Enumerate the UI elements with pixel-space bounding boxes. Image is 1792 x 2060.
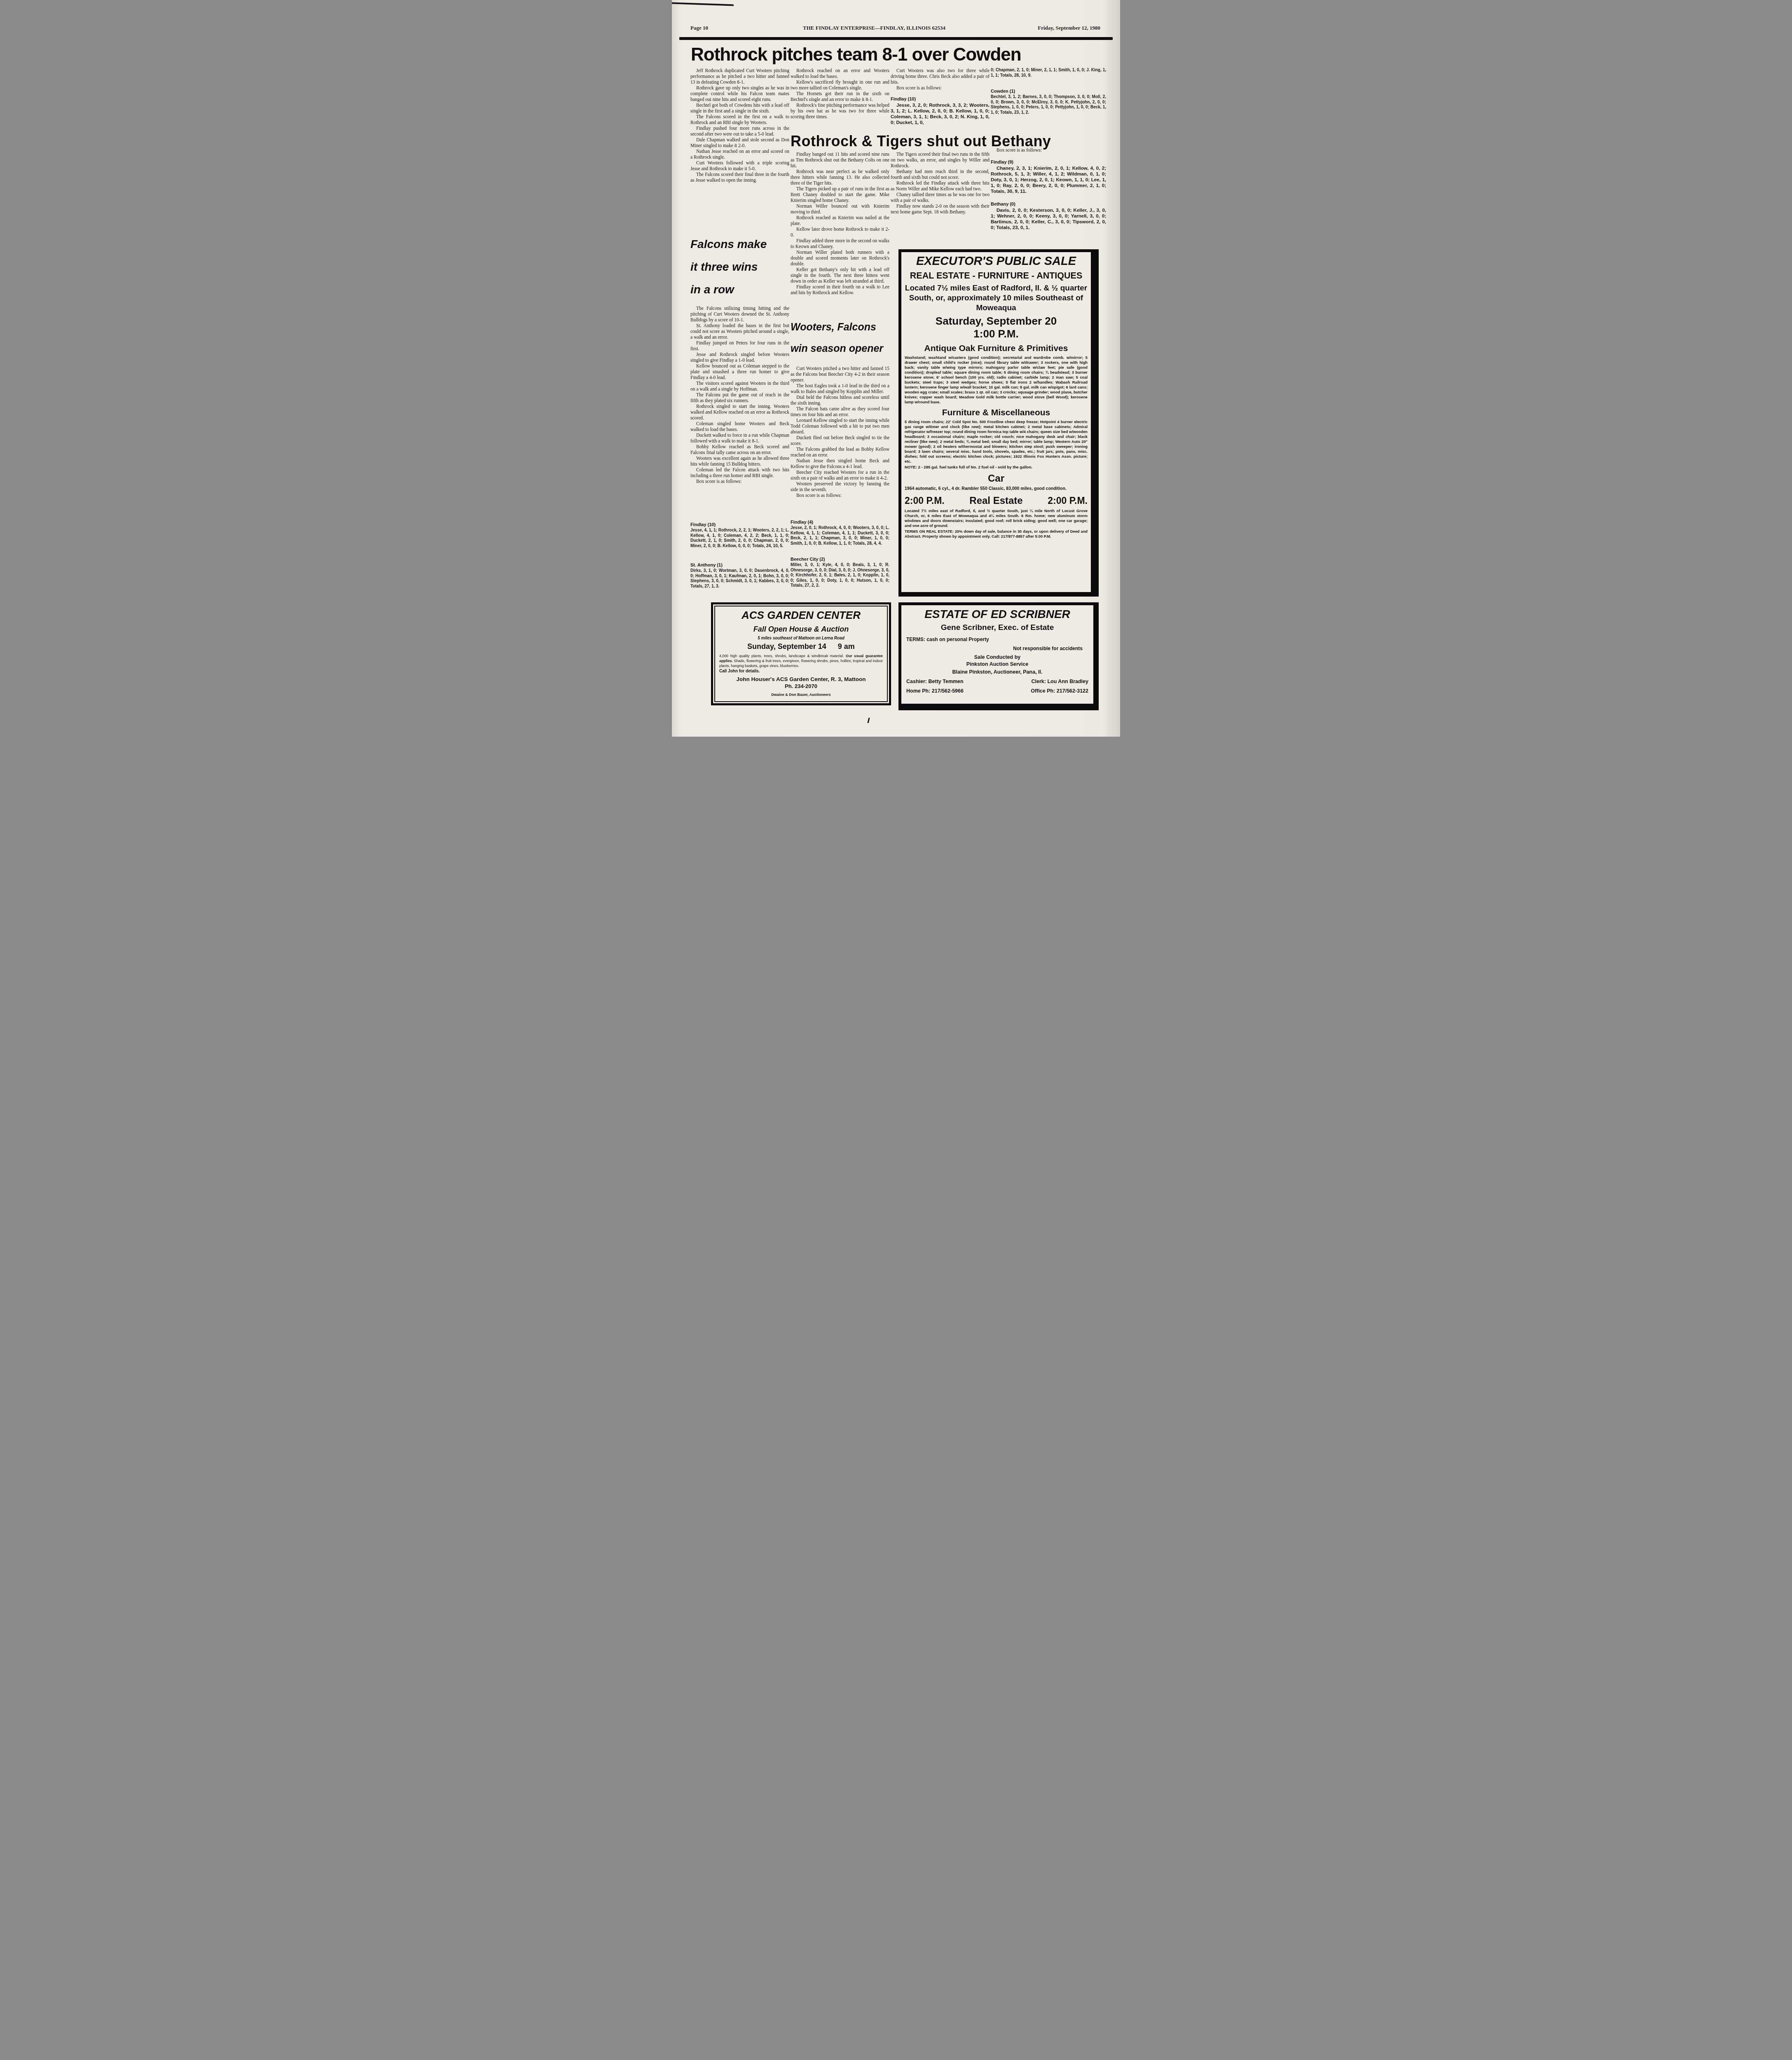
ad-note: NOTE: 2 - 285 gal. fuel tanks full of No… xyxy=(905,465,1088,470)
ad-call-line: Call John for details. xyxy=(719,669,883,674)
ad-section-title: Antique Oak Furniture & Primitives xyxy=(905,344,1088,353)
ad-item-list: Washstand; washtand w/casters (good cond… xyxy=(905,355,1088,405)
paragraph: Bethany had men reach third in the secon… xyxy=(891,169,990,180)
page-number: Page 10 xyxy=(690,25,708,31)
box-score-line: Jesse, 2, 0, 1; Rothrock, 4, 0, 0; Woote… xyxy=(791,526,889,546)
paragraph: Jesse and Rothrock singled before Wooter… xyxy=(690,352,789,363)
paragraph: The Falcons grabbed the lead as Bobby Ke… xyxy=(791,447,889,458)
paragraph: Curt Wooters was also two for three whil… xyxy=(891,68,990,85)
ad-conducted-by: Sale Conducted by xyxy=(906,654,1088,660)
paragraph: Box score is as follows: xyxy=(891,85,990,91)
ad-acs-inner: ACS GARDEN CENTER Fall Open House & Auct… xyxy=(714,606,888,702)
paragraph: Rothrock reached as Knierim was nailed a… xyxy=(791,215,889,227)
ad-executor-name: Gene Scribner, Exec. of Estate xyxy=(906,623,1088,632)
ad-location: 5 miles southeast of Mattoon on Lerna Ro… xyxy=(719,636,883,641)
paragraph: Dale Chapman walked and stole second as … xyxy=(690,137,789,149)
paragraph: Norman Willer bounced out with Knierim m… xyxy=(791,204,889,215)
paragraph: Duckett walked to force in a run while C… xyxy=(690,433,789,444)
paragraph: Wooters was excellent again as he allowe… xyxy=(690,456,789,467)
paragraph: Kellow bounced out as Coleman stepped to… xyxy=(690,363,789,381)
paragraph: Jeff Rothrock duplicated Curt Wooters pi… xyxy=(690,68,789,85)
headline-cowden: Rothrock pitches team 8-1 over Cowden xyxy=(691,44,1021,65)
issue-date: Friday, September 12, 1980 xyxy=(1038,25,1100,31)
ad-date-time: Sunday, September 14 9 am xyxy=(719,642,883,651)
paragraph: Keller got Bethany's only hit with a lea… xyxy=(791,267,889,284)
paragraph: Curt Wooters pitched a two hitter and fa… xyxy=(791,366,889,383)
paragraph: Rothrock was near perfect as he walked o… xyxy=(791,169,889,186)
ad-re-terms: TERMS ON REAL ESTATE: 20% down day of sa… xyxy=(905,529,1088,539)
paragraph: The Tigers picked up a pair of runs in t… xyxy=(791,186,889,204)
ad-title: ACS GARDEN CENTER xyxy=(719,609,883,622)
scan-artifact xyxy=(672,2,734,6)
box-score-team: Findlay (4) xyxy=(791,520,889,525)
ad-description-text: Shade, flowering & fruit trees, evergree… xyxy=(719,659,883,668)
paragraph: The Hornets got their run in the sixth o… xyxy=(791,91,889,103)
cowden-col2: Rothrock reached on an error and Wooters… xyxy=(791,68,889,120)
header-rule xyxy=(679,37,1113,40)
ad-re-description: Located 7½ miles east of Radford, Il, an… xyxy=(905,508,1088,528)
paragraph: The host Eagles took a 1-0 lead in the t… xyxy=(791,383,889,395)
ad-staff-row: Cashier: Betty Temmen Clerk: Lou Ann Bra… xyxy=(906,679,1088,684)
ad-re-time-right: 2:00 P.M. xyxy=(1048,495,1088,506)
paragraph: Kellow later drove home Rothrock to make… xyxy=(791,227,889,238)
paragraph: Bobby Kellow reached as Beck scored and … xyxy=(690,444,789,456)
paragraph: Findlay scored in their fourth on a walk… xyxy=(791,284,889,296)
paragraph: The Tigers scored their final two runs i… xyxy=(891,152,990,169)
falcons-findlay-box: Findlay (10) Jesse, 4, 1, 1; Rothrock, 2… xyxy=(690,522,789,549)
paragraph: Duckett flied out before Beck singled to… xyxy=(791,435,889,447)
paragraph: Dial held the Falcons hitless and scorel… xyxy=(791,395,889,406)
ad-car-description: 1964 automatic, 6 cyl., 4 dr. Rambler 55… xyxy=(905,486,1088,491)
paragraph: Nathan Jesse reached on an error and sco… xyxy=(690,149,789,160)
ad-time: 9 am xyxy=(838,642,855,651)
paragraph: Bechtel got both of Cowdens hits with a … xyxy=(690,103,789,114)
paragraph: Beecher City reached Wooters for a run i… xyxy=(791,470,889,481)
paragraph: The visitors scored against Wooters in t… xyxy=(690,381,789,392)
box-score-team: Findlay (9) xyxy=(991,160,1106,165)
ad-home-phone: Home Ph: 217/562-5966 xyxy=(906,688,964,694)
paragraph: Rothrock gave up only two singles as he … xyxy=(690,85,789,103)
ad-phones-row: Home Ph: 217/562-5966 Office Ph: 217/562… xyxy=(906,688,1088,694)
ad-terms: TERMS: cash on personal Property xyxy=(906,637,1088,642)
ad-date: Sunday, September 14 xyxy=(747,642,826,651)
paragraph: Box score is as follows: xyxy=(690,479,789,485)
ad-location: Located 7½ miles East of Radford, Il. & … xyxy=(905,283,1088,313)
ad-clerk: Clerk: Lou Ann Bradley xyxy=(1032,679,1088,684)
box-score-team: Cowden (1) xyxy=(991,89,1106,94)
ad-car-title: Car xyxy=(905,473,1088,485)
ad-estate-of-ed-scribner: ESTATE OF ED SCRIBNER Gene Scribner, Exe… xyxy=(898,602,1099,710)
paragraph: The Falcons scored their final three in … xyxy=(690,172,789,183)
ad-acs-garden-center: ACS GARDEN CENTER Fall Open House & Auct… xyxy=(711,602,891,705)
ad-phone: Ph. 234-2070 xyxy=(719,683,883,689)
ad-disclaimer: Not responsible for accidents xyxy=(906,646,1088,651)
paragraph: Findlay banged out 11 hits and scored ni… xyxy=(791,152,889,169)
paragraph: The Falcons utilizing timing hitting and… xyxy=(690,306,789,323)
ad-section-title: Furniture & Miscellaneous xyxy=(905,408,1088,418)
cowden-col1: Jeff Rothrock duplicated Curt Wooters pi… xyxy=(690,68,789,183)
box-score-line: Bechtel, 3, 1, 2; Barnes, 3, 0, 0; Thomp… xyxy=(991,95,1106,115)
box-score-line: Jesse, 3, 2, 0; Rothrock, 3, 3, 2; Woote… xyxy=(891,103,990,126)
paragraph: Kellow's sacrificed fly brought in one r… xyxy=(791,80,889,91)
masthead: THE FINDLAY ENTERPRISE—FINDLAY, ILLINOIS… xyxy=(803,25,945,31)
ad-cashier: Cashier: Betty Temmen xyxy=(906,679,964,684)
box-score-line: Miller, 3, 0, 1; Kyle, 4, 0, 0; Beals, 3… xyxy=(791,563,889,589)
box-score-line: Jesse, 4, 1, 1; Rothrock, 2, 2, 1; Woote… xyxy=(690,528,789,549)
headline-line: in a row xyxy=(690,278,767,301)
box-score-team: Beecher City (2) xyxy=(791,557,889,562)
paragraph: Norman Willer plated both runners with a… xyxy=(791,250,889,267)
bethany-col1: Findlay banged out 11 hits and scored ni… xyxy=(791,152,889,296)
paragraph: Wooters preserved the victory by fanning… xyxy=(791,481,889,493)
paragraph: Rothrock reached on an error and Wooters… xyxy=(791,68,889,80)
ad-re-title: Real Estate xyxy=(969,495,1022,507)
ad-description: 4,000 high quality plants, trees, shrubs… xyxy=(719,653,883,668)
ad-date: Saturday, September 20 xyxy=(905,315,1088,328)
ad-re-time-left: 2:00 P.M. xyxy=(905,495,945,506)
ad-executors-public-sale: EXECUTOR'S PUBLIC SALE REAL ESTATE - FUR… xyxy=(898,249,1099,597)
ad-auctioneer: Blaine Pinkston, Auctioneer, Pana, Il. xyxy=(906,669,1088,675)
paragraph: Rothrock singled to start the inning. Wo… xyxy=(690,404,789,421)
ad-auction-service: Pinkston Auction Service xyxy=(906,661,1088,667)
headline-line: it three wins xyxy=(690,255,767,278)
ad-auctioneers: Dwaine & Don Bauer, Auctioneers xyxy=(719,693,883,697)
ad-time: 1:00 P.M. xyxy=(905,328,1088,340)
box-score-line: Dirks, 3, 1, 0; Wortman, 3, 0, 0; Dasenb… xyxy=(690,569,789,589)
paragraph: Curt Wooters followed with a triple scor… xyxy=(690,160,789,172)
ad-title: EXECUTOR'S PUBLIC SALE xyxy=(905,255,1088,268)
paragraph: Findlay now stands 2-0 on the season wit… xyxy=(891,204,990,215)
paragraph: Findlay jumped on Peters for four runs i… xyxy=(690,340,789,352)
paragraph: Findlay pushed four more runs across in … xyxy=(690,126,789,137)
ad-description-text: 4,000 high quality plants, trees, shrubs… xyxy=(719,654,846,658)
paragraph: The Falcons scored in the first on a wal… xyxy=(690,114,789,126)
headline-line: win season opener xyxy=(791,338,883,359)
newspaper-page: Page 10 THE FINDLAY ENTERPRISE—FINDLAY, … xyxy=(672,0,1120,737)
ad-title: ESTATE OF ED SCRIBNER xyxy=(906,608,1088,621)
box-score-line: Chaney, 2, 3, 1; Knierim, 2, 0, 1; Kello… xyxy=(991,166,1106,194)
paragraph: Rothrock led the Findlay attack with thr… xyxy=(891,180,990,192)
ad-subtitle: Fall Open House & Auction xyxy=(719,625,883,634)
box-score-team: St. Anthony (1) xyxy=(690,563,789,568)
ad-item-list: 5 dining room chairs; 22' Cold Spot No. … xyxy=(905,419,1088,464)
paragraph: Box score is as follows: xyxy=(791,493,889,499)
paragraph: Leonard Kellow singled to start the inni… xyxy=(791,418,889,435)
paragraph: Findlay added three more in the second o… xyxy=(791,238,889,250)
scan-artifact xyxy=(867,718,870,723)
falcons-stanthony-box: St. Anthony (1) Dirks, 3, 1, 0; Wortman,… xyxy=(690,563,789,589)
paragraph: Rothrock's fine pitching performance was… xyxy=(791,103,889,120)
paragraph: Nathan Jesse then singled home Beck and … xyxy=(791,458,889,470)
box-score-team: Bethany (0) xyxy=(991,202,1106,207)
paragraph: The Falcons put the game out of reach in… xyxy=(690,392,789,404)
paragraph: St. Anthony loaded the bases in the firs… xyxy=(690,323,789,340)
wooters-body: Curt Wooters pitched a two hitter and fa… xyxy=(791,366,889,499)
ad-office-phone: Office Ph: 217/562-3122 xyxy=(1031,688,1088,694)
bethany-box-column: Box score is as follows: Findlay (9) Cha… xyxy=(991,147,1106,231)
box-score-team: Findlay (10) xyxy=(690,522,789,527)
headline-falcons: Falcons make it three wins in a row xyxy=(690,233,767,301)
box-score-team: Findlay (10) xyxy=(891,97,990,102)
headline-line: Wooters, Falcons xyxy=(791,316,883,338)
headline-wooters: Wooters, Falcons win season opener xyxy=(791,316,883,359)
paragraph: Coleman led the Falcon attack with two h… xyxy=(690,467,789,479)
cowden-col3: Curt Wooters was also two for three whil… xyxy=(891,68,990,126)
box-score-intro: Box score is as follows: xyxy=(991,147,1106,153)
wooters-findlay-box: Findlay (4) Jesse, 2, 0, 1; Rothrock, 4,… xyxy=(791,520,889,546)
headline-line: Falcons make xyxy=(690,233,767,255)
bethany-col2: The Tigers scored their final two runs i… xyxy=(891,152,990,215)
paragraph: Coleman singled home Wooters and Beck wa… xyxy=(690,421,789,433)
paragraph: The Falcon bats came alive as they score… xyxy=(791,406,889,418)
falcons-body: The Falcons utilizing timing hitting and… xyxy=(690,306,789,485)
cowden-col4: 0; Chapman, 2, 1, 0; Miner, 2, 1, 1; Smi… xyxy=(991,68,1106,116)
ad-subtitle: REAL ESTATE - FURNITURE - ANTIQUES xyxy=(905,271,1088,281)
box-score-line: Davis, 2, 0, 0; Kesterson, 3, 0, 0; Kell… xyxy=(991,208,1106,231)
ad-address: John Houser's ACS Garden Center, R. 3, M… xyxy=(719,676,883,682)
wooters-beecher-box: Beecher City (2) Miller, 3, 0, 1; Kyle, … xyxy=(791,557,889,589)
ad-real-estate-row: 2:00 P.M. Real Estate 2:00 P.M. xyxy=(905,495,1088,507)
box-score-line: 0; Chapman, 2, 1, 0; Miner, 2, 1, 1; Smi… xyxy=(991,68,1106,78)
paragraph: Chaney tallied three times as he was one… xyxy=(891,192,990,204)
